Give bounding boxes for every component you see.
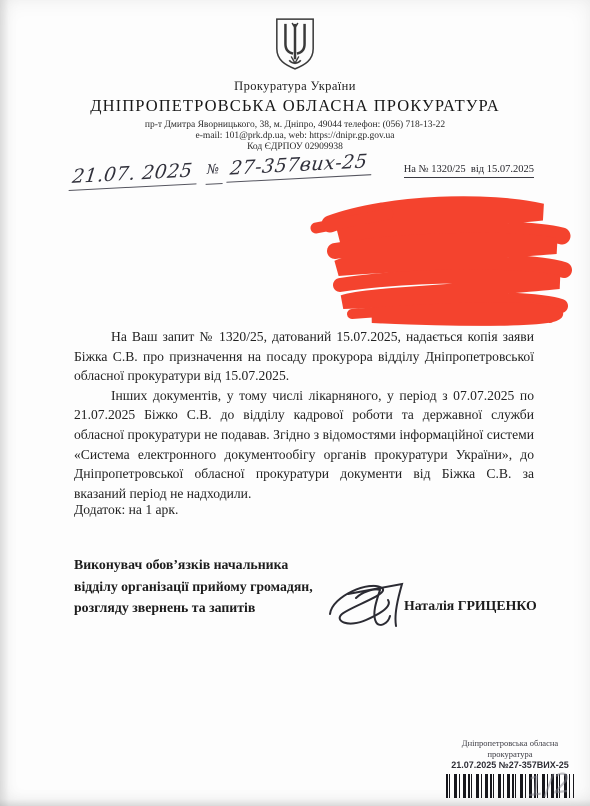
org-edrpou-line: Код ЄДРПОУ 02909938: [0, 142, 590, 152]
handwritten-date: 21.07. 2025: [69, 159, 200, 191]
body-paragraph-1: На Ваш запит № 1320/25, датований 15.07.…: [74, 327, 534, 386]
signer-name: Наталія ГРИЦЕНКО: [404, 598, 537, 614]
org-contact-line: e-mail: 101@prk.dp.ua, web: https://dnip…: [0, 131, 590, 141]
org-address-line: пр-т Дмитра Яворницького, 38, м. Дніпро,…: [0, 120, 590, 130]
handwritten-number: 27-357вих-25: [227, 150, 375, 183]
letterhead: Прокуратура України ДНІПРОПЕТРОВСЬКА ОБЛ…: [0, 16, 590, 152]
scanned-letter-page: Прокуратура України ДНІПРОПЕТРОВСЬКА ОБЛ…: [0, 0, 590, 806]
reply-reference: На № 1320/25 від 15.07.2025: [404, 164, 534, 178]
attachment-line: Додаток: на 1 арк.: [74, 502, 178, 518]
letter-body: На Ваш запит № 1320/25, датований 15.07.…: [74, 327, 534, 503]
body-paragraph-2: Інших документів, у тому числі лікарняно…: [74, 386, 534, 504]
stamp-org-line-1: Дніпропетровська обласна: [438, 738, 582, 749]
org-name-title: ДНІПРОПЕТРОВСЬКА ОБЛАСНА ПРОКУРАТУРА: [0, 96, 590, 116]
redaction-scribble: [310, 194, 586, 331]
signature-scribble-icon: [322, 572, 410, 641]
ukraine-trident-coat-of-arms-icon: [273, 16, 317, 77]
stamp-org-line-2: прокуратура: [438, 749, 582, 760]
scan-edge-bottom: [0, 799, 590, 806]
handwritten-outgoing-reference: 21.07. 2025 № 27-357вих-25: [69, 150, 374, 194]
org-parent-title: Прокуратура України: [0, 79, 590, 94]
number-sign: №: [204, 162, 222, 185]
page-number-watermark: 1/2: [525, 768, 571, 803]
